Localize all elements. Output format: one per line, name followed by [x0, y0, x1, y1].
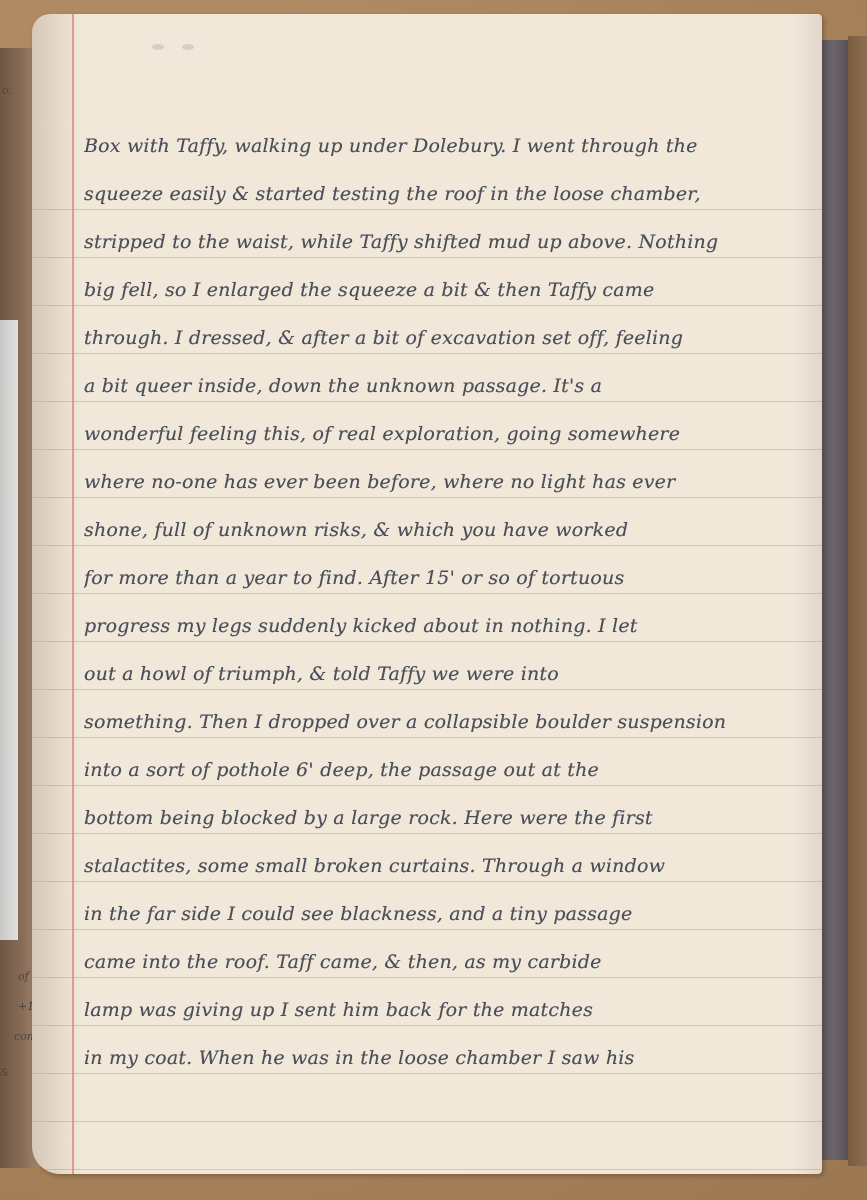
text-line: a bit queer inside, down the unknown pas…	[84, 362, 822, 410]
margin-note: o.	[2, 84, 12, 97]
text-line: wonderful feeling this, of real explorat…	[84, 410, 822, 458]
text-line: shone, full of unknown risks, & which yo…	[84, 506, 822, 554]
text-line: in the far side I could see blackness, a…	[84, 890, 822, 938]
text-line: where no-one has ever been before, where…	[84, 458, 822, 506]
text-line: through. I dressed, & after a bit of exc…	[84, 314, 822, 362]
text-line: something. Then I dropped over a collaps…	[84, 698, 822, 746]
page-indent-mark	[152, 44, 164, 50]
text-line: big fell, so I enlarged the squeeze a bi…	[84, 266, 822, 314]
text-line: Box with Taffy, walking up under Dolebur…	[84, 122, 822, 170]
page-indent-mark	[182, 44, 194, 50]
text-line: stripped to the waist, while Taffy shift…	[84, 218, 822, 266]
text-line: out a howl of triumph, & told Taffy we w…	[84, 650, 822, 698]
text-line: squeeze easily & started testing the roo…	[84, 170, 822, 218]
text-line: stalactites, some small broken curtains.…	[84, 842, 822, 890]
text-line: into a sort of pothole 6' deep, the pass…	[84, 746, 822, 794]
margin-rule	[72, 14, 74, 1174]
text-line: bottom being blocked by a large rock. He…	[84, 794, 822, 842]
handwritten-text: Box with Taffy, walking up under Dolebur…	[84, 122, 822, 1082]
margin-note: &	[0, 1066, 10, 1079]
text-line: lamp was giving up I sent him back for t…	[84, 986, 822, 1034]
text-line: progress my legs suddenly kicked about i…	[84, 602, 822, 650]
notebook-page: Box with Taffy, walking up under Dolebur…	[32, 14, 822, 1174]
notebook-cover	[848, 36, 867, 1166]
text-line: for more than a year to find. After 15' …	[84, 554, 822, 602]
margin-note: of	[18, 970, 29, 983]
text-line: in my coat. When he was in the loose cha…	[84, 1034, 822, 1082]
text-line: came into the roof. Taff came, & then, a…	[84, 938, 822, 986]
